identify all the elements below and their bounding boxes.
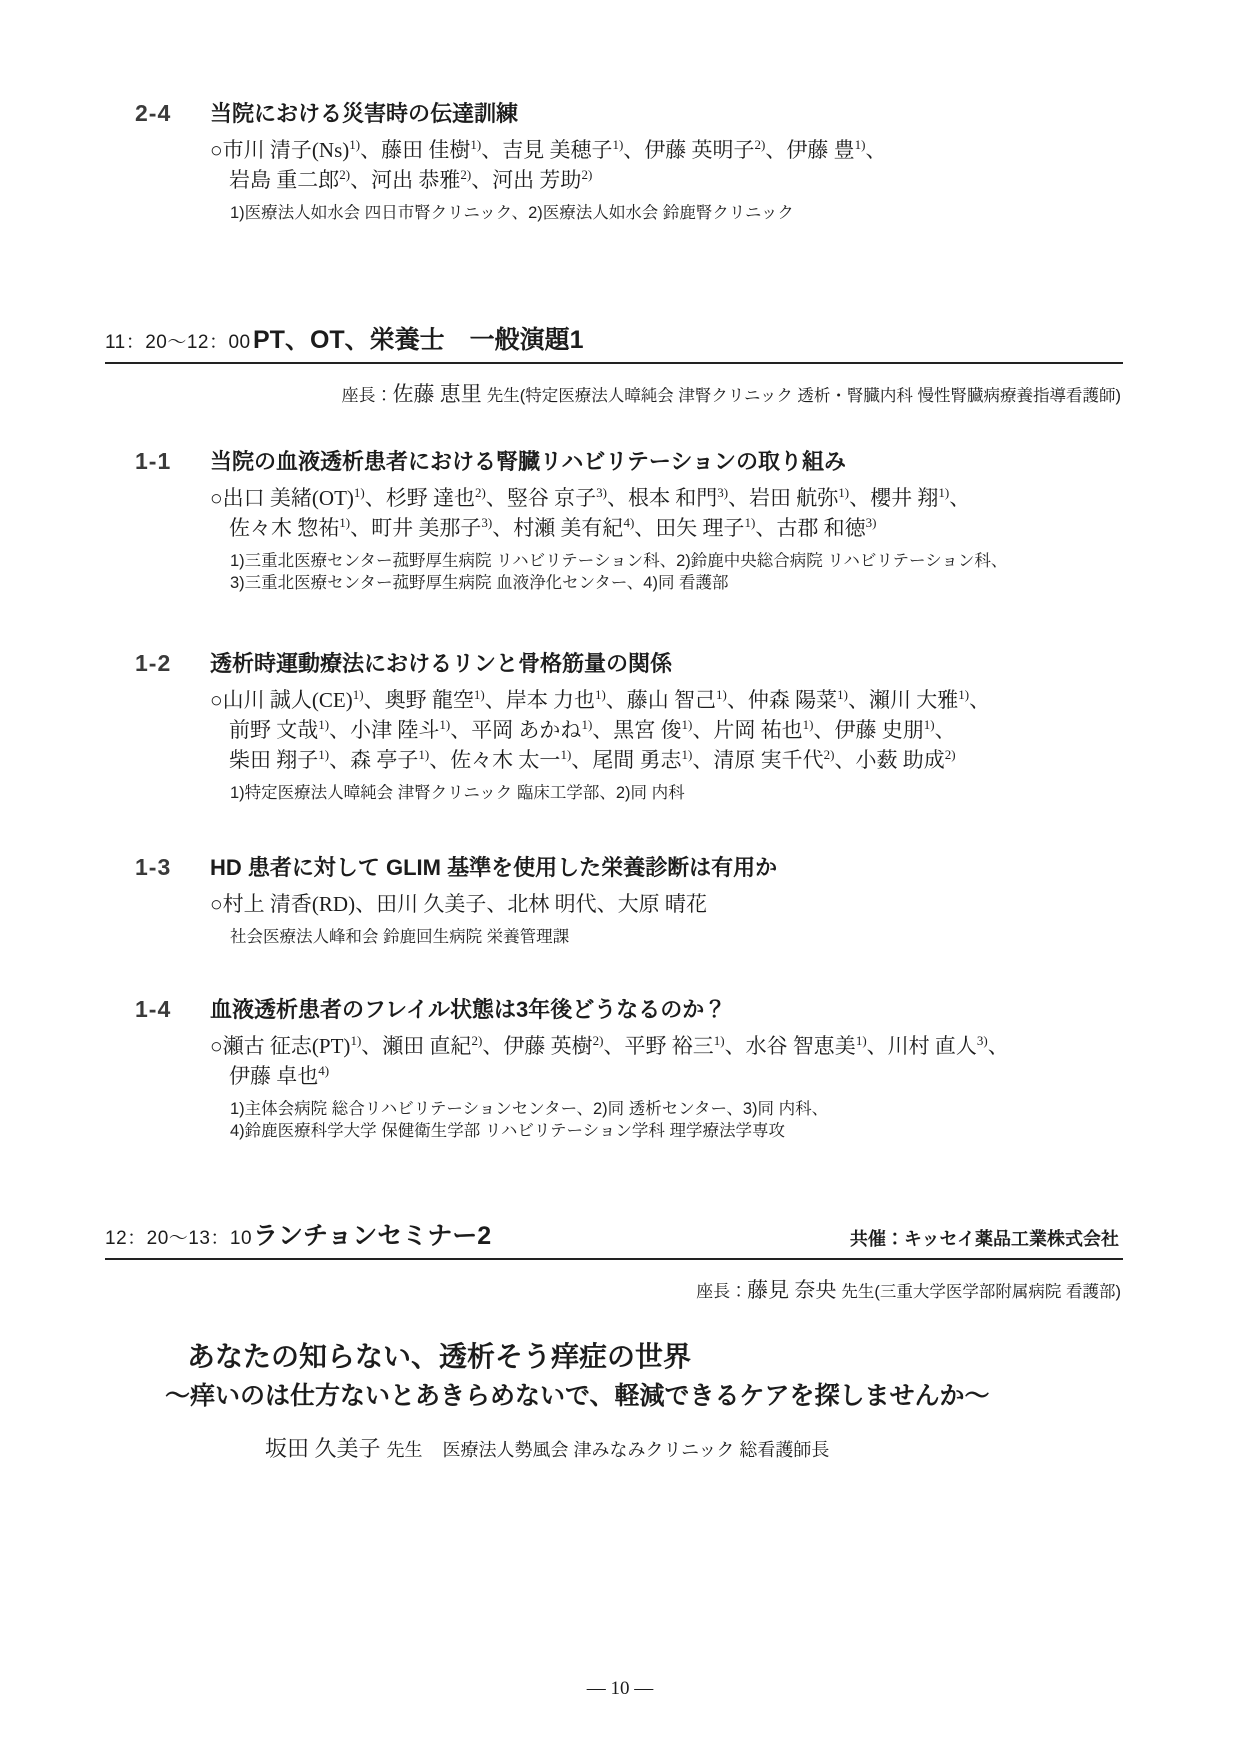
abstract-title: 当院の血液透析患者における腎臓リハビリテーションの取り組み bbox=[210, 447, 846, 477]
abstract-title: 当院における災害時の伝達訓練 bbox=[210, 99, 518, 129]
session-time: 12：20～13：10 bbox=[105, 1223, 253, 1255]
abstract-affiliations: 1)特定医療法人暲純会 津腎クリニック 臨床工学部、2)同 内科 bbox=[0, 782, 1240, 804]
chair-name: 藤見 奈央 bbox=[747, 1278, 836, 1302]
session-luncheon-2: 12：20～13：10 ランチョンセミナー2 共催：キッセイ薬品工業株式会社 座… bbox=[105, 1220, 1123, 1304]
lecture-title-line2: ～痒いのは仕方ないとあきらめないで、軽減できるケアを探しませんか～ bbox=[105, 1378, 1123, 1416]
abstract-number: 1-2 bbox=[135, 648, 210, 678]
abstract-affiliations: 1)医療法人如水会 四日市腎クリニック、2)医療法人如水会 鈴鹿腎クリニック bbox=[0, 202, 1240, 224]
speaker-honorific: 先生 bbox=[387, 1440, 423, 1460]
session-time: 11：20～12：00 bbox=[105, 327, 253, 359]
affiliation-line: 3)三重北医療センター菰野厚生病院 血液浄化センター、4)同 看護部 bbox=[230, 572, 1240, 594]
program-page: 2-4 当院における災害時の伝達訓練 ○市川 清子(Ns)1)、藤田 佳樹1)、… bbox=[0, 0, 1240, 1754]
lecture-title-line1: あなたの知らない、透析そう痒症の世界 bbox=[105, 1338, 1123, 1378]
abstract-authors: ○山川 誠人(CE)1)、奥野 龍空1)、岸本 力也1)、藤山 智己1)、仲森 … bbox=[0, 685, 1240, 775]
luncheon-lecture: あなたの知らない、透析そう痒症の世界 ～痒いのは仕方ないとあきらめないで、軽減で… bbox=[105, 1338, 1123, 1467]
session-header: 11：20～12：00 PT、OT、栄養士 一般演題1 bbox=[105, 324, 1123, 359]
speaker-line: 坂田 久美子先生医療法人勢風会 津みなみクリニック 総看護師長 bbox=[105, 1434, 1123, 1467]
affiliation-line: 4)鈴鹿医療科学大学 保健衛生学部 リハビリテーション学科 理学療法学専攻 bbox=[230, 1120, 1240, 1142]
abstract-header: 1-1 当院の血液透析患者における腎臓リハビリテーションの取り組み bbox=[0, 446, 1240, 477]
chair-line: 座長：佐藤 恵里先生(特定医療法人暲純会 津腎クリニック 透析・腎臓内科 慢性腎… bbox=[105, 378, 1123, 408]
abstract-header: 2-4 当院における災害時の伝達訓練 bbox=[0, 98, 1240, 129]
abstract-1-4: 1-4 血液透析患者のフレイル状態は3年後どうなるのか？ ○瀬古 征志(PT)1… bbox=[0, 994, 1240, 1142]
session-divider bbox=[105, 362, 1123, 364]
cosponsor-label: 共催：キッセイ薬品工業株式会社 bbox=[850, 1223, 1123, 1255]
chair-name: 佐藤 恵里 bbox=[392, 382, 481, 406]
abstract-number: 1-4 bbox=[135, 994, 210, 1024]
abstract-authors: ○市川 清子(Ns)1)、藤田 佳樹1)、吉見 美穂子1)、伊藤 英明子2)、伊… bbox=[0, 135, 1240, 195]
session-general-1: 11：20～12：00 PT、OT、栄養士 一般演題1 座長：佐藤 恵里先生(特… bbox=[105, 324, 1123, 408]
author-line: ○村上 清香(RD)、田川 久美子、北林 明代、大原 晴花 bbox=[210, 889, 1240, 919]
affiliation-line: 1)三重北医療センター菰野厚生病院 リハビリテーション科、2)鈴鹿中央総合病院 … bbox=[230, 550, 1240, 572]
abstract-1-3: 1-3 HD 患者に対して GLIM 基準を使用した栄養診断は有用か ○村上 清… bbox=[0, 852, 1240, 948]
chair-line: 座長：藤見 奈央先生(三重大学医学部附属病院 看護部) bbox=[105, 1274, 1123, 1304]
abstract-title: 血液透析患者のフレイル状態は3年後どうなるのか？ bbox=[210, 995, 726, 1025]
abstract-affiliations: 社会医療法人峰和会 鈴鹿回生病院 栄養管理課 bbox=[0, 926, 1240, 948]
chair-label: 座長： bbox=[696, 1282, 747, 1301]
abstract-header: 1-3 HD 患者に対して GLIM 基準を使用した栄養診断は有用か bbox=[0, 852, 1240, 883]
author-line: ○市川 清子(Ns)1)、藤田 佳樹1)、吉見 美穂子1)、伊藤 英明子2)、伊… bbox=[210, 135, 1240, 165]
page-number: — 10 — bbox=[0, 1678, 1240, 1700]
session-title: ランチョンセミナー2 bbox=[253, 1220, 491, 1252]
abstract-authors: ○村上 清香(RD)、田川 久美子、北林 明代、大原 晴花 bbox=[0, 889, 1240, 919]
abstract-1-1: 1-1 当院の血液透析患者における腎臓リハビリテーションの取り組み ○出口 美緒… bbox=[0, 446, 1240, 594]
abstract-authors: ○瀬古 征志(PT)1)、瀬田 直紀2)、伊藤 英樹2)、平野 裕三1)、水谷 … bbox=[0, 1031, 1240, 1091]
chair-label: 座長： bbox=[341, 386, 392, 405]
abstract-number: 1-1 bbox=[135, 446, 210, 476]
abstract-2-4: 2-4 当院における災害時の伝達訓練 ○市川 清子(Ns)1)、藤田 佳樹1)、… bbox=[0, 98, 1240, 224]
author-line: ○瀬古 征志(PT)1)、瀬田 直紀2)、伊藤 英樹2)、平野 裕三1)、水谷 … bbox=[210, 1031, 1240, 1061]
author-line: 前野 文哉1)、小津 陸斗1)、平岡 あかね1)、黒宮 俊1)、片岡 祐也1)、… bbox=[210, 715, 1240, 745]
author-line: 佐々木 惣祐1)、町井 美那子3)、村瀬 美有紀4)、田矢 理子1)、古郡 和徳… bbox=[210, 513, 1240, 543]
speaker-name: 坂田 久美子 bbox=[265, 1436, 381, 1461]
author-line: 岩島 重二郎2)、河出 恭雅2)、河出 芳助2) bbox=[210, 165, 1240, 195]
author-line: 柴田 翔子1)、森 亭子1)、佐々木 太一1)、尾間 勇志1)、清原 実千代2)… bbox=[210, 745, 1240, 775]
affiliation-line: 1)主体会病院 総合リハビリテーションセンター、2)同 透析センター、3)同 内… bbox=[230, 1098, 1240, 1120]
abstract-affiliations: 1)主体会病院 総合リハビリテーションセンター、2)同 透析センター、3)同 内… bbox=[0, 1098, 1240, 1142]
affiliation-line: 社会医療法人峰和会 鈴鹿回生病院 栄養管理課 bbox=[230, 926, 1240, 948]
chair-affiliation: 先生(三重大学医学部附属病院 看護部) bbox=[841, 1283, 1121, 1301]
abstract-header: 1-2 透析時運動療法におけるリンと骨格筋量の関係 bbox=[0, 648, 1240, 679]
session-header: 12：20～13：10 ランチョンセミナー2 共催：キッセイ薬品工業株式会社 bbox=[105, 1220, 1123, 1255]
author-line: ○出口 美緒(OT)1)、杉野 達也2)、竪谷 京子3)、根本 和門3)、岩田 … bbox=[210, 483, 1240, 513]
abstract-affiliations: 1)三重北医療センター菰野厚生病院 リハビリテーション科、2)鈴鹿中央総合病院 … bbox=[0, 550, 1240, 594]
abstract-1-2: 1-2 透析時運動療法におけるリンと骨格筋量の関係 ○山川 誠人(CE)1)、奥… bbox=[0, 648, 1240, 804]
affiliation-line: 1)特定医療法人暲純会 津腎クリニック 臨床工学部、2)同 内科 bbox=[230, 782, 1240, 804]
speaker-affiliation: 医療法人勢風会 津みなみクリニック 総看護師長 bbox=[443, 1440, 830, 1460]
affiliation-line: 1)医療法人如水会 四日市腎クリニック、2)医療法人如水会 鈴鹿腎クリニック bbox=[230, 202, 1240, 224]
abstract-number: 2-4 bbox=[135, 98, 210, 128]
abstract-authors: ○出口 美緒(OT)1)、杉野 達也2)、竪谷 京子3)、根本 和門3)、岩田 … bbox=[0, 483, 1240, 543]
author-line: ○山川 誠人(CE)1)、奥野 龍空1)、岸本 力也1)、藤山 智己1)、仲森 … bbox=[210, 685, 1240, 715]
session-title: PT、OT、栄養士 一般演題1 bbox=[253, 324, 584, 356]
chair-affiliation: 先生(特定医療法人暲純会 津腎クリニック 透析・腎臓内科 慢性腎臓病療養指導看護… bbox=[487, 387, 1121, 405]
abstract-title: HD 患者に対して GLIM 基準を使用した栄養診断は有用か bbox=[210, 853, 777, 883]
abstract-header: 1-4 血液透析患者のフレイル状態は3年後どうなるのか？ bbox=[0, 994, 1240, 1025]
abstract-number: 1-3 bbox=[135, 852, 210, 882]
session-divider bbox=[105, 1258, 1123, 1260]
abstract-title: 透析時運動療法におけるリンと骨格筋量の関係 bbox=[210, 649, 672, 679]
author-line: 伊藤 卓也4) bbox=[210, 1061, 1240, 1091]
